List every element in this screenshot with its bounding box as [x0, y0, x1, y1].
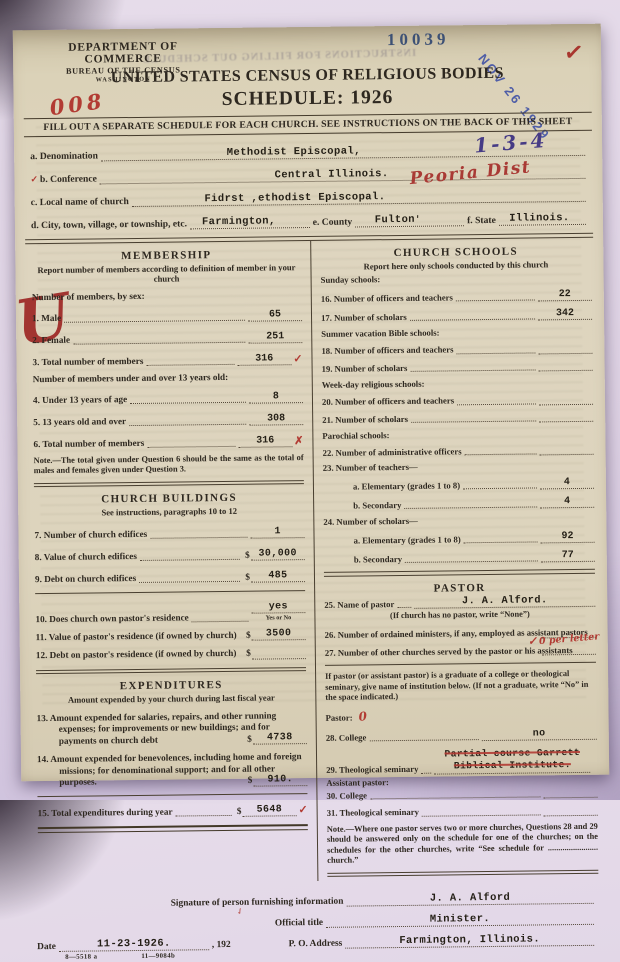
red-checkmark-q27: ✓	[528, 634, 538, 648]
pastor-college-label: Pastor:0	[325, 707, 596, 724]
dotted-leader	[465, 454, 537, 456]
question-row-18: 18. Number of officers and teachers	[321, 343, 592, 357]
q19-label: 19. Number of scholars	[322, 363, 408, 374]
q27-value	[542, 654, 596, 656]
pastor-heading: PASTOR	[324, 581, 595, 596]
state-value: Illinois.	[509, 212, 569, 225]
summer-schools-label: Summer vacation Bible schools:	[321, 326, 592, 339]
q30-label: 30. College	[326, 790, 367, 800]
q16-value: 22	[538, 289, 592, 302]
county-value: Fultonʹ	[375, 214, 421, 227]
q19-value	[539, 370, 593, 372]
q23-label: 23. Number of teachers—	[323, 460, 594, 473]
question-row-8: 8. Value of church edifices $ 30,000	[35, 548, 305, 563]
q29-value-struck: Partial course Garrett Biblical Institut…	[434, 747, 590, 775]
dotted-leader	[130, 402, 246, 404]
dollar-sign: $	[246, 629, 251, 641]
question-row-12: 12. Debt on pastor's residence (if owned…	[36, 647, 306, 662]
city-line: Farmington,	[190, 214, 310, 229]
buildings-subheading: See instructions, paragraphs 10 to 12	[38, 506, 300, 520]
field-row-conference: ✓ b. Conference Central Illinois. Peoria…	[30, 165, 588, 185]
q23a-value: 4	[540, 477, 594, 490]
question-row-2: 2. Female 251	[32, 331, 302, 346]
q4-value: 8	[249, 391, 303, 404]
buildings-heading: CHURCH BUILDINGS	[34, 492, 304, 507]
q1-value: 65	[248, 309, 302, 322]
dollar-sign: $	[245, 550, 250, 561]
expenditures-heading: EXPENDITURES	[36, 678, 306, 693]
field-row-local-name: c. Local name of church Fidrst ,ethodist…	[31, 188, 589, 208]
q23b-label: b. Secondary	[353, 500, 401, 511]
q21-label: 21. Number of scholars	[322, 413, 408, 424]
q5-label: 5. 13 years old and over	[33, 416, 126, 428]
dollar-sign: $	[246, 648, 251, 660]
county-line: Fultonʹ	[355, 212, 464, 227]
red-x-mark-q6: ✗	[294, 436, 303, 447]
weekday-schools-label: Week-day religious schools:	[322, 377, 593, 390]
red-zero-mark: 0	[358, 709, 368, 724]
double-rule	[34, 480, 304, 488]
q5-value: 308	[249, 413, 303, 426]
q3-value: 316	[237, 353, 291, 366]
q10-value: yes	[251, 601, 305, 614]
local-name-value: Fidrst ,ethodist Episcopal.	[204, 191, 385, 205]
members-by-sex-label: Number of members, by sex:	[32, 289, 302, 302]
dotted-leader	[463, 488, 537, 490]
q9-value: 485	[251, 570, 305, 583]
q10-label: 10. Does church own pastor's residence	[35, 612, 188, 625]
question-row-16: 16. Number of officers and teachers 22	[321, 289, 592, 304]
dotted-leader	[457, 352, 536, 354]
question-row-19: 19. Number of scholars	[322, 360, 593, 374]
q20-label: 20. Number of officers and teachers	[322, 395, 454, 407]
identification-fields: U a. Denomination Methodist Episcopal, 1…	[14, 131, 603, 240]
question-row-4: 4. Under 13 years of age 8	[33, 391, 303, 406]
q23a-label: a. Elementary (grades 1 to 8)	[353, 480, 460, 492]
red-checkmark-q3: ✓	[293, 354, 302, 365]
right-column: CHURCH SCHOOLS Report here only schools …	[311, 237, 600, 800]
agency-name: DEPARTMENT OF COMMERCE	[43, 40, 203, 66]
denomination-value: Methodist Episcopal,	[227, 145, 361, 159]
question-row-13: 13. Amount expended for salaries, repair…	[37, 710, 307, 748]
annotation-1-3-4: 1-3-4	[473, 128, 548, 158]
dotted-leader	[404, 507, 537, 510]
question-row-22: 22. Number of administrative officers	[323, 445, 594, 459]
membership-subheading: Report number of members according to de…	[35, 262, 297, 286]
red-checkmark-top: ✓	[562, 39, 584, 67]
question-row-14: 14. Amount expended for benevolences, in…	[37, 752, 307, 790]
dotted-leader	[464, 542, 538, 544]
dotted-leader	[397, 607, 411, 608]
county-tick-mark: ʹ	[415, 215, 421, 225]
members-by-age-label: Number of members under and over 13 year…	[33, 371, 303, 384]
single-rule	[325, 662, 596, 666]
q8-label: 8. Value of church edifices	[35, 551, 137, 563]
question-row-10: 10. Does church own pastor's residence y…	[35, 601, 305, 625]
q21-value	[539, 421, 593, 423]
q17-label: 17. Number of scholars	[321, 312, 407, 323]
q6-value: 316	[238, 435, 292, 448]
question-row-1: 1. Male 65	[32, 309, 302, 324]
census-schedule-paper: INSTRUCTIONS FOR FILLING OUT SCHEDULE DE…	[13, 24, 609, 782]
q25-hint: (If church has no pastor, write “None”)	[328, 609, 591, 622]
question-row-27: 27. Number of other churches served by t…	[325, 644, 596, 658]
expenditures-subheading: Amount expended by your church during la…	[40, 692, 302, 706]
question-row-25: 25. Name of pastor J. A. Alford.	[324, 595, 595, 610]
q8-value: 30,000	[251, 548, 305, 561]
q16-label: 16. Number of officers and teachers	[321, 292, 453, 304]
question-row-21: 21. Number of scholars	[322, 411, 593, 425]
dotted-leader	[369, 739, 478, 741]
question-row-29: 29. Theological seminary Partial course …	[326, 747, 597, 776]
parochial-schools-label: Parochial schools:	[322, 428, 593, 441]
q22-value	[540, 454, 594, 456]
graduate-instruction: If pastor (or assistant pastor) is a gra…	[325, 669, 596, 704]
q18-value	[538, 352, 592, 354]
dollar-sign: $	[248, 775, 253, 787]
dotted-leader	[146, 364, 234, 366]
membership-heading: MEMBERSHIP	[31, 248, 301, 263]
q23b-value: 4	[540, 496, 594, 509]
conference-label: b. Conference	[40, 173, 97, 185]
red-checkmark-conference: ✓	[30, 174, 38, 185]
q18-label: 18. Number of officers and teachers	[321, 345, 453, 357]
q7-label: 7. Number of church edifices	[34, 529, 147, 541]
question-row-30: 30. College	[326, 788, 597, 800]
local-name-line: Fidrst ,ethodist Episcopal.	[132, 188, 586, 207]
q4-label: 4. Under 13 years of age	[33, 394, 127, 406]
q28-label: 28. College	[326, 732, 367, 743]
question-row-20: 20. Number of officers and teachers	[322, 394, 593, 408]
q24a-value: 92	[540, 531, 594, 544]
schools-subheading: Report here only schools conducted by th…	[324, 258, 587, 272]
q24-label: 24. Number of scholars—	[323, 514, 594, 527]
q28-value: no	[481, 728, 596, 741]
dotted-leader	[410, 319, 535, 321]
question-row-23b: b. Secondary 4	[323, 496, 594, 511]
state-label: f. State	[467, 215, 496, 226]
sunday-schools-label: Sunday schools:	[321, 272, 592, 285]
dotted-leader	[139, 581, 240, 583]
double-rule	[36, 667, 306, 675]
dotted-leader	[64, 320, 245, 323]
q14-value: 910.	[253, 774, 307, 787]
dotted-leader	[147, 446, 235, 448]
question-row-3: 3. Total number of members 316 ✓	[32, 353, 302, 368]
question-row-23a: a. Elementary (grades 1 to 8) 4	[323, 477, 594, 492]
q29-label: 29. Theological seminary	[326, 764, 418, 775]
assistant-pastor-label: Assistant pastor:	[326, 775, 597, 788]
q24b-label: b. Secondary	[354, 554, 402, 565]
q30-value	[543, 797, 597, 799]
q1-label: 1. Male	[32, 313, 61, 324]
scanned-census-form-photo: { "colors": { "paper": "#ddd4bd", "print…	[0, 0, 620, 800]
county-label: e. County	[313, 217, 353, 228]
schools-heading: CHURCH SCHOOLS	[320, 244, 591, 259]
city-label: d. City, town, village, or township, etc…	[31, 218, 187, 231]
question-row-11: 11. Value of pastor's residence (if owne…	[36, 629, 306, 644]
dotted-leader	[421, 773, 431, 774]
dotted-leader	[411, 420, 536, 422]
q2-value: 251	[248, 331, 302, 344]
dotted-leader	[456, 300, 535, 302]
q24a-label: a. Elementary (grades 1 to 8)	[354, 534, 461, 546]
question-row-6: 6. Total number of members 316 ✗	[33, 435, 303, 450]
yes-or-no-hint: Yes or No	[266, 614, 292, 622]
question-row-7: 7. Number of church edifices 1	[34, 526, 304, 541]
single-rule	[35, 590, 305, 594]
q3-label: 3. Total number of members	[32, 356, 143, 368]
dotted-leader	[129, 424, 246, 426]
dollar-sign: $	[247, 734, 252, 746]
local-name-label: c. Local name of church	[31, 196, 129, 208]
q7-value: 1	[250, 526, 304, 539]
dollar-sign: $	[245, 572, 250, 583]
city-value: Farmington,	[202, 215, 276, 228]
double-rule	[324, 569, 595, 577]
denomination-label: a. Denomination	[30, 150, 98, 162]
question-row-9: 9. Debt on church edifices $ 485	[35, 570, 305, 585]
question-row-28: 28. College no	[326, 728, 597, 743]
question-row-5: 5. 13 years old and over 308	[33, 413, 303, 428]
q11-value: 3500	[252, 628, 306, 641]
dotted-leader	[370, 797, 540, 800]
annotation-peoria-dist: Peoria Dist	[409, 157, 532, 189]
dotted-leader	[405, 561, 538, 564]
q2-label: 2. Female	[32, 335, 70, 346]
q13-value: 4738	[253, 733, 307, 746]
membership-note: Note.—The total given under Question 6 s…	[34, 453, 304, 477]
dotted-leader	[457, 403, 536, 405]
q20-value	[539, 403, 593, 405]
pastor-label-text: Pastor:	[326, 713, 353, 723]
form-body-columns: MEMBERSHIP Report number of members acco…	[15, 237, 610, 800]
document-number: 10039	[387, 29, 450, 50]
dotted-leader	[73, 342, 245, 345]
dotted-leader	[410, 370, 535, 372]
q24b-value: 77	[541, 550, 595, 563]
state-line: Illinois.	[499, 211, 586, 226]
dotted-leader	[192, 620, 249, 622]
conference-value: Central Illinois.	[275, 168, 389, 181]
field-row-city-county-state: d. City, town, village, or township, etc…	[31, 211, 589, 231]
question-row-24a: a. Elementary (grades 1 to 8) 92	[323, 531, 594, 546]
q9-label: 9. Debt on church edifices	[35, 573, 136, 585]
left-column: MEMBERSHIP Report number of members acco…	[25, 240, 318, 800]
conference-line: Central Illinois. Peoria Dist	[100, 165, 586, 185]
q25-label: 25. Name of pastor	[324, 599, 394, 610]
q10-answer: yes Yes or No	[251, 601, 305, 622]
q17-value: 342	[538, 308, 592, 321]
single-rule	[37, 793, 307, 797]
q22-label: 22. Number of administrative officers	[323, 446, 462, 458]
question-row-24b: b. Secondary 77	[324, 550, 595, 565]
q25-value: J. A. Alford.	[414, 595, 595, 609]
q6-label: 6. Total number of members	[33, 438, 144, 450]
dotted-leader	[150, 537, 247, 539]
dotted-leader	[140, 559, 240, 561]
q12-value	[252, 658, 306, 660]
question-row-17: 17. Number of scholars 342	[321, 308, 592, 323]
